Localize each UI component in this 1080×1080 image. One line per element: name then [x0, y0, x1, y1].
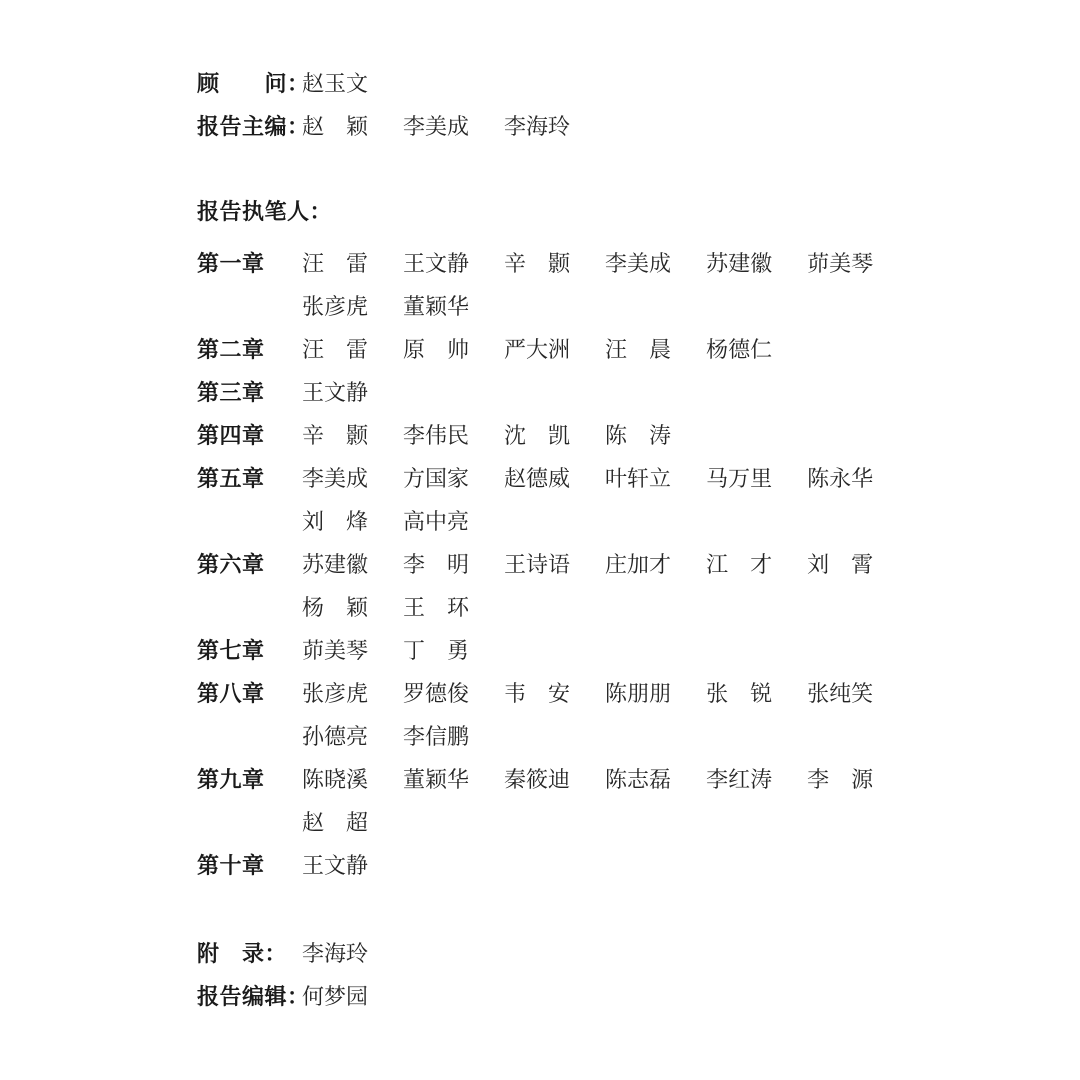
person-name: 王文静: [302, 376, 368, 407]
advisor-row: 顾 问： 赵玉文: [197, 61, 1080, 104]
person-name: 何梦园: [302, 980, 368, 1011]
person-name: 王文静: [302, 849, 368, 880]
person-name: 赵 颖: [302, 110, 368, 141]
person-name: 汪 晨: [605, 333, 671, 364]
writers-title: 报告执笔人：: [197, 195, 332, 226]
chapter-authors: 王文静: [302, 849, 368, 880]
person-name: 王 环: [403, 591, 469, 622]
person-name: 张纯笑: [807, 677, 873, 708]
chapter-label: 第二章: [197, 333, 302, 364]
person-name: 张彦虎: [302, 677, 368, 708]
person-name: 陈 涛: [605, 419, 671, 450]
person-name: 赵德威: [504, 462, 570, 493]
chapter-authors: 陈晓溪董颖华秦筱迪陈志磊李红涛李 源: [302, 763, 873, 794]
person-name: 马万里: [706, 462, 772, 493]
person-name: 张 锐: [706, 677, 772, 708]
appendix-label: 附 录：: [197, 937, 302, 968]
chapter-row: 杨 颖王 环: [197, 585, 1080, 628]
chapter-authors: 孙德亮李信鹏: [302, 720, 469, 751]
person-name: 丁 勇: [403, 634, 469, 665]
person-name: 辛 颢: [302, 419, 368, 450]
editor-names: 何梦园: [302, 980, 368, 1011]
chapter-row: 第四章辛 颢李伟民沈 凯陈 涛: [197, 413, 1080, 456]
appendix-row: 附 录： 李海玲: [197, 931, 1080, 974]
person-name: 孙德亮: [302, 720, 368, 751]
chapter-authors: 赵 超: [302, 806, 368, 837]
chief-editors-label: 报告主编：: [197, 110, 302, 141]
person-name: 沈 凯: [504, 419, 570, 450]
person-name: 陈永华: [807, 462, 873, 493]
advisor-names: 赵玉文: [302, 67, 368, 98]
person-name: 严大洲: [504, 333, 570, 364]
person-name: 李美成: [302, 462, 368, 493]
person-name: 汪 雷: [302, 247, 368, 278]
chapter-authors: 李美成方国家赵德威叶轩立马万里陈永华: [302, 462, 873, 493]
person-name: 李美成: [403, 110, 469, 141]
person-name: 陈朋朋: [605, 677, 671, 708]
chapter-row: 第五章李美成方国家赵德威叶轩立马万里陈永华: [197, 456, 1080, 499]
chapter-row: 第一章汪 雷王文静辛 颢李美成苏建徽茆美琴: [197, 241, 1080, 284]
person-name: 杨德仁: [706, 333, 772, 364]
person-name: 刘 霄: [807, 548, 873, 579]
chapter-row: 张彦虎董颖华: [197, 284, 1080, 327]
chapter-row: 孙德亮李信鹏: [197, 714, 1080, 757]
person-name: 李美成: [605, 247, 671, 278]
chapter-label: 第一章: [197, 247, 302, 278]
person-name: 刘 烽: [302, 505, 368, 536]
chapters: 第一章汪 雷王文静辛 颢李美成苏建徽茆美琴张彦虎董颖华第二章汪 雷原 帅严大洲汪…: [197, 241, 1080, 886]
person-name: 陈志磊: [605, 763, 671, 794]
person-name: 董颖华: [403, 290, 469, 321]
chapter-authors: 汪 雷王文静辛 颢李美成苏建徽茆美琴: [302, 247, 873, 278]
person-name: 王文静: [403, 247, 469, 278]
chapter-label: 第六章: [197, 548, 302, 579]
person-name: 陈晓溪: [302, 763, 368, 794]
chapter-authors: 张彦虎罗德俊韦 安陈朋朋张 锐张纯笑: [302, 677, 873, 708]
person-name: 张彦虎: [302, 290, 368, 321]
chapter-row: 第十章王文静: [197, 843, 1080, 886]
person-name: 苏建徽: [302, 548, 368, 579]
advisor-label: 顾 问：: [197, 67, 302, 98]
person-name: 方国家: [403, 462, 469, 493]
chief-editors-names: 赵 颖李美成李海玲: [302, 110, 570, 141]
person-name: 王诗语: [504, 548, 570, 579]
chapter-authors: 辛 颢李伟民沈 凯陈 涛: [302, 419, 671, 450]
chapter-authors: 王文静: [302, 376, 368, 407]
person-name: 高中亮: [403, 505, 469, 536]
person-name: 秦筱迪: [504, 763, 570, 794]
chapter-label: 第九章: [197, 763, 302, 794]
chapter-row: 第三章王文静: [197, 370, 1080, 413]
person-name: 罗德俊: [403, 677, 469, 708]
person-name: 原 帅: [403, 333, 469, 364]
editor-row: 报告编辑： 何梦园: [197, 974, 1080, 1017]
chapter-row: 第六章苏建徽李 明王诗语庄加才江 才刘 霄: [197, 542, 1080, 585]
chapter-label: 第三章: [197, 376, 302, 407]
chapter-row: 刘 烽高中亮: [197, 499, 1080, 542]
chapter-label: 第八章: [197, 677, 302, 708]
person-name: 韦 安: [504, 677, 570, 708]
editor-label: 报告编辑：: [197, 980, 302, 1011]
report-credits-page: 顾 问： 赵玉文 报告主编： 赵 颖李美成李海玲 报告执笔人： 第一章汪 雷王文…: [0, 0, 1080, 1080]
writers-title-row: 报告执笔人：: [197, 189, 1080, 232]
chapter-row: 赵 超: [197, 800, 1080, 843]
chapter-authors: 茆美琴丁 勇: [302, 634, 469, 665]
person-name: 李信鹏: [403, 720, 469, 751]
chapter-row: 第九章陈晓溪董颖华秦筱迪陈志磊李红涛李 源: [197, 757, 1080, 800]
appendix-names: 李海玲: [302, 937, 368, 968]
person-name: 李红涛: [706, 763, 772, 794]
chapter-label: 第四章: [197, 419, 302, 450]
chapter-authors: 汪 雷原 帅严大洲汪 晨杨德仁: [302, 333, 772, 364]
person-name: 苏建徽: [706, 247, 772, 278]
person-name: 叶轩立: [605, 462, 671, 493]
chapter-row: 第七章茆美琴丁 勇: [197, 628, 1080, 671]
person-name: 杨 颖: [302, 591, 368, 622]
person-name: 赵玉文: [302, 67, 368, 98]
person-name: 董颖华: [403, 763, 469, 794]
person-name: 汪 雷: [302, 333, 368, 364]
chapter-label: 第十章: [197, 849, 302, 880]
person-name: 赵 超: [302, 806, 368, 837]
credits-content: 顾 问： 赵玉文 报告主编： 赵 颖李美成李海玲 报告执笔人： 第一章汪 雷王文…: [197, 0, 1080, 1017]
chief-editors-row: 报告主编： 赵 颖李美成李海玲: [197, 104, 1080, 147]
person-name: 李海玲: [302, 937, 368, 968]
chapter-label: 第五章: [197, 462, 302, 493]
chapter-authors: 张彦虎董颖华: [302, 290, 469, 321]
person-name: 茆美琴: [302, 634, 368, 665]
chapter-authors: 苏建徽李 明王诗语庄加才江 才刘 霄: [302, 548, 873, 579]
chapter-authors: 杨 颖王 环: [302, 591, 469, 622]
chapter-row: 第二章汪 雷原 帅严大洲汪 晨杨德仁: [197, 327, 1080, 370]
person-name: 辛 颢: [504, 247, 570, 278]
person-name: 李伟民: [403, 419, 469, 450]
person-name: 李 源: [807, 763, 873, 794]
person-name: 江 才: [706, 548, 772, 579]
person-name: 庄加才: [605, 548, 671, 579]
chapter-label: 第七章: [197, 634, 302, 665]
person-name: 李 明: [403, 548, 469, 579]
person-name: 茆美琴: [807, 247, 873, 278]
chapter-authors: 刘 烽高中亮: [302, 505, 469, 536]
person-name: 李海玲: [504, 110, 570, 141]
chapter-row: 第八章张彦虎罗德俊韦 安陈朋朋张 锐张纯笑: [197, 671, 1080, 714]
